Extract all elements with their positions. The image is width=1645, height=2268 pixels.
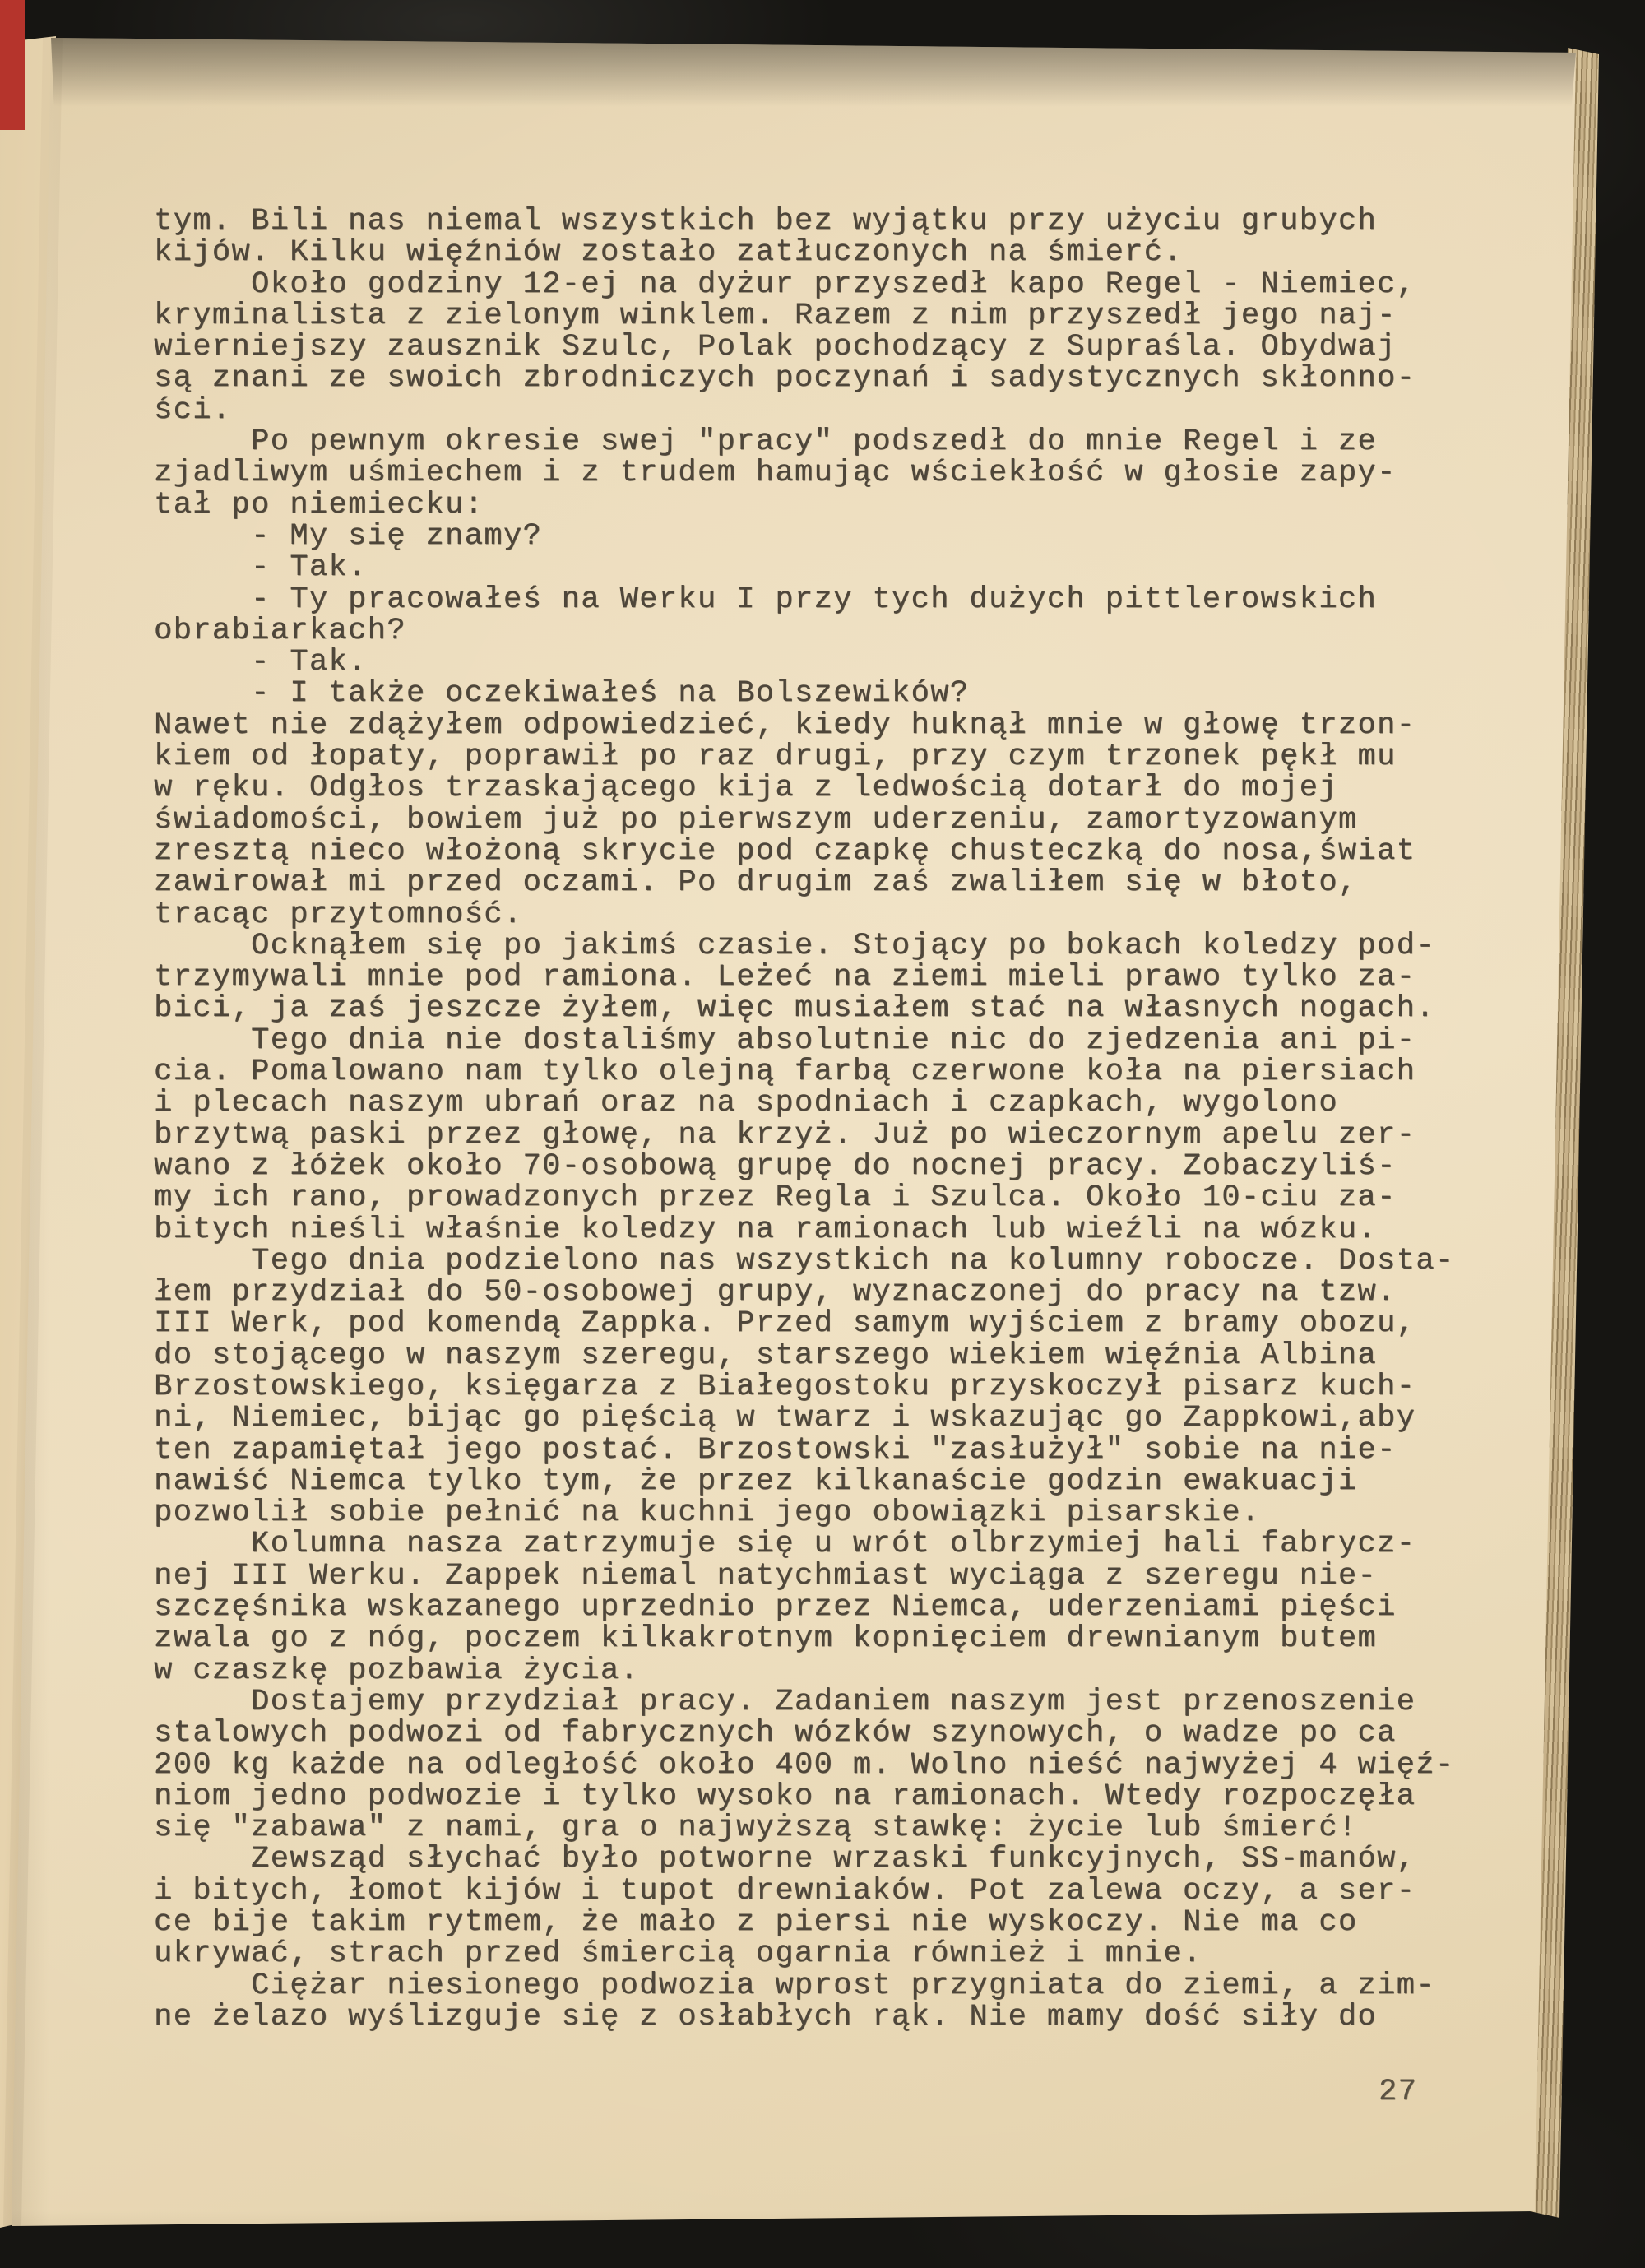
text-line: do stojącego w naszym szeregu, starszego… [154,1340,1454,1371]
text-line: nawiść Niemca tylko tym, że przez kilkan… [154,1466,1454,1497]
text-line: 200 kg każde na odległość około 400 m. W… [154,1750,1454,1781]
text-line: - I także oczekiwałeś na Bolszewików? [154,678,1454,709]
text-line: wano z łóżek około 70-osobową grupę do n… [154,1151,1454,1182]
text-line: i plecach naszym ubrań oraz na spodniach… [154,1088,1454,1119]
text-line: Ocknąłem się po jakimś czasie. Stojący p… [154,930,1454,962]
text-line: kiem od łopaty, poprawił po raz drugi, p… [154,741,1454,772]
text-line: Tego dnia podzielono nas wszystkich na k… [154,1245,1454,1277]
text-line: ukrywać, strach przed śmiercią ogarnia r… [154,1938,1454,1969]
text-line: są znani ze swoich zbrodniczych poczynań… [154,363,1454,394]
text-line: zawirował mi przed oczami. Po drugim zaś… [154,867,1454,898]
text-line: Ciężar niesionego podwozia wprost przygn… [154,1970,1454,2001]
text-line: stalowych podwozi od fabrycznych wózków … [154,1718,1454,1749]
text-line: ni, Niemiec, bijąc go pięścią w twarz i … [154,1403,1454,1434]
text-line: nej III Werku. Zappek niemal natychmiast… [154,1561,1454,1592]
red-marker [0,0,25,130]
text-line: tym. Bili nas niemal wszystkich bez wyją… [154,206,1454,237]
text-line: tracąc przytomność. [154,899,1454,930]
text-line: i bitych, łomot kijów i tupot drewniaków… [154,1876,1454,1907]
text-line: obrabiarkach? [154,615,1454,647]
page-number: 27 [1379,2075,1417,2109]
text-line: - Tak. [154,552,1454,583]
text-line: Dostajemy przydział pracy. Zadaniem nasz… [154,1686,1454,1718]
text-line: my ich rano, prowadzonych przez Regla i … [154,1182,1454,1213]
text-line: ne żelazo wyślizguje się z osłabłych rąk… [154,2001,1454,2033]
text-line: brzytwą paski przez głowę, na krzyż. Już… [154,1120,1454,1151]
text-line: Tego dnia nie dostaliśmy absolutnie nic … [154,1025,1454,1056]
text-line: zresztą nieco włożoną skrycie pod czapkę… [154,836,1454,867]
text-line: w ręku. Odgłos trzaskającego kija z ledw… [154,772,1454,804]
text-line: tał po niemiecku: [154,489,1454,521]
scanned-book-photo: tym. Bili nas niemal wszystkich bez wyją… [0,0,1645,2268]
text-line: trzymywali mnie pod ramiona. Leżeć na zi… [154,962,1454,993]
text-line: łem przydział do 50-osobowej grupy, wyzn… [154,1277,1454,1308]
text-line: szczęśnika wskazanego uprzednio przez Ni… [154,1592,1454,1623]
text-line: Brzostowskiego, księgarza z Białegostoku… [154,1371,1454,1403]
text-line: - Tak. [154,647,1454,678]
text-line: Nawet nie zdążyłem odpowiedzieć, kiedy h… [154,710,1454,741]
text-line: cia. Pomalowano nam tylko olejną farbą c… [154,1056,1454,1088]
text-line: kryminalista z zielonym winklem. Razem z… [154,300,1454,332]
text-line: - Ty pracowałeś na Werku I przy tych duż… [154,584,1454,615]
text-line: pozwolił sobie pełnić na kuchni jego obo… [154,1497,1454,1528]
text-line: w czaszkę pozbawia życia. [154,1655,1454,1686]
text-line: ce bije takim rytmem, że mało z piersi n… [154,1907,1454,1938]
text-line: Po pewnym okresie swej "pracy" podszedł … [154,426,1454,457]
text-line: się "zabawa" z nami, gra o najwyższą sta… [154,1812,1454,1844]
text-line: świadomości, bowiem już po pierwszym ude… [154,805,1454,836]
text-line: bitych nieśli właśnie koledzy na ramiona… [154,1214,1454,1245]
text-line: ści. [154,395,1454,426]
text-line: bici, ja zaś jeszcze żyłem, więc musiałe… [154,993,1454,1024]
text-line: niom jedno podwozie i tylko wysoko na ra… [154,1781,1454,1812]
text-line: zwala go z nóg, poczem kilkakrotnym kopn… [154,1623,1454,1654]
page-top-shadow [0,0,1645,115]
text-line: zjadliwym uśmiechem i z trudem hamując w… [154,457,1454,489]
text-line: Kolumna nasza zatrzymuje się u wrót olbr… [154,1528,1454,1560]
text-line: Około godziny 12-ej na dyżur przyszedł k… [154,269,1454,300]
text-line: ten zapamiętał jego postać. Brzostowski … [154,1435,1454,1466]
text-line: Zewsząd słychać było potworne wrzaski fu… [154,1844,1454,1875]
text-line: kijów. Kilku więźniów zostało zatłuczony… [154,237,1454,268]
text-line: wierniejszy zausznik Szulc, Polak pochod… [154,332,1454,363]
typewritten-text: tym. Bili nas niemal wszystkich bez wyją… [154,206,1454,2033]
text-line: - My się znamy? [154,521,1454,552]
text-line: III Werk, pod komendą Zappka. Przed samy… [154,1308,1454,1339]
